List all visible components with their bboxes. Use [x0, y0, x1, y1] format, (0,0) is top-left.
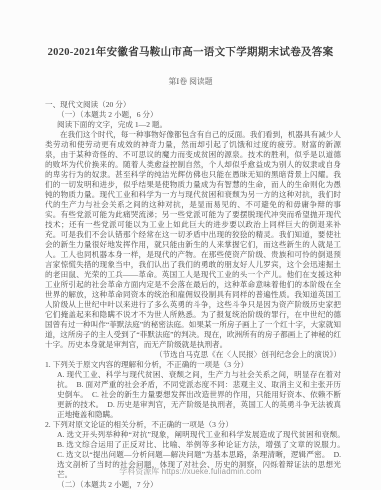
- exam-paper-page: 2020-2021年安徽省马鞍山市高一语文下学期期末试卷及答案 第Ⅰ卷 阅读题 …: [0, 0, 381, 490]
- page-title: 2020-2021年安徽省马鞍山市高一语文下学期期末试卷及答案: [0, 0, 381, 59]
- watermark-footer: 学科资源库 https://xueke.fuliadmin.com: [0, 466, 381, 477]
- passage-attribution: （节选自马克思《在〈人民报〉创刊纪念会上的演说》）: [45, 350, 341, 360]
- passage-text: 在我们这个时代，每一种事物好像都包含有自己的反面。我们看到，机器具有减少人类劳动…: [45, 130, 341, 350]
- question-1: 1. 下列关于原文内容的理解和分析，不正确的一项是（3 分） A. 现代工业、科…: [57, 360, 341, 420]
- exam-content: 一、现代文阅读（20 分） （一）（本题共 2 小题，6 分） 阅读下面的文字，…: [45, 100, 341, 490]
- question-1-options: A. 现代工业、科学与现代贫困、衰颓之间，生产力与社会关系之间，明显存在着对抗。…: [57, 370, 341, 420]
- question-1-stem: 1. 下列关于原文内容的理解和分析，不正确的一项是（3 分）: [57, 360, 341, 370]
- section-one-heading: 一、现代文阅读（20 分）: [45, 100, 341, 110]
- reading-instruction: 阅读下面的文字，完成 1—2 题。: [57, 120, 341, 130]
- question-2-stem-text: 下列对原文论证的相关分析，不正确的一项是（3 分）: [53, 420, 233, 429]
- part-two-heading: （二）（本题共 2 小题，7 分）: [57, 480, 341, 490]
- part-one-heading: （一）（本题共 2 小题，6 分）: [57, 110, 341, 120]
- question-1-stem-text: 下列关于原文内容的理解和分析，不正确的一项是（3 分）: [53, 360, 249, 369]
- watermark-text: 学科资源库 https://xueke.fuliadmin.com: [119, 467, 261, 476]
- question-2-number: 2.: [45, 420, 51, 429]
- volume-heading: 第Ⅰ卷 阅读题: [0, 76, 381, 87]
- question-1-number: 1.: [45, 360, 51, 369]
- question-2-stem: 2. 下列对原文论证的相关分析，不正确的一项是（3 分）: [57, 420, 341, 430]
